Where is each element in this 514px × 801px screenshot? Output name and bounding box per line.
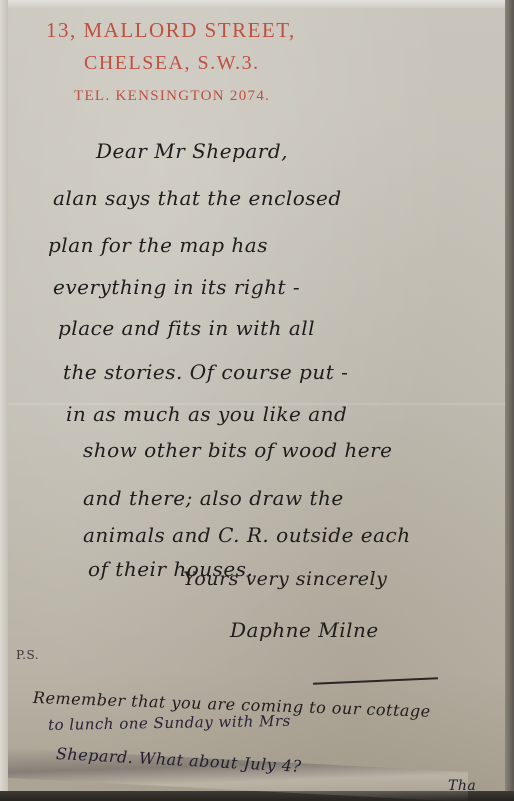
letterhead-district: CHELSEA, S.W.3. [84,52,260,75]
body-line: show other bits of wood here [83,438,393,462]
body-line: alan says that the enclosed [53,186,342,210]
frame-edge-left [0,0,8,801]
body-line: and there; also draw the [83,486,344,510]
letter-paper: 13, MALLORD STREET, CHELSEA, S.W.3. TEL.… [8,8,505,791]
salutation: Dear Mr Shepard, [96,139,288,163]
frame-edge-right [505,0,514,801]
postscript-line: to lunch one Sunday with Mrs [48,712,291,734]
body-line: animals and C. R. outside each [83,523,411,547]
postscript-divider-line [313,677,438,684]
closing: Yours very sincerely [183,568,387,590]
letterhead-telephone: TEL. KENSINGTON 2074. [74,88,270,105]
postscript-marker: P.S. [16,648,39,662]
signature: Daphne Milne [230,618,379,642]
body-line: everything in its right - [53,275,300,299]
body-line: in as much as you like and [66,402,347,426]
letterhead-street: 13, MALLORD STREET, [46,18,296,43]
body-line: place and fits in with all [58,316,315,340]
letter-photograph: 13, MALLORD STREET, CHELSEA, S.W.3. TEL.… [0,0,514,801]
body-line: plan for the map has [48,233,268,257]
frame-edge-top [0,0,514,8]
body-line: the stories. Of course put - [63,360,348,384]
postscript-continuation: Tha [448,778,476,794]
